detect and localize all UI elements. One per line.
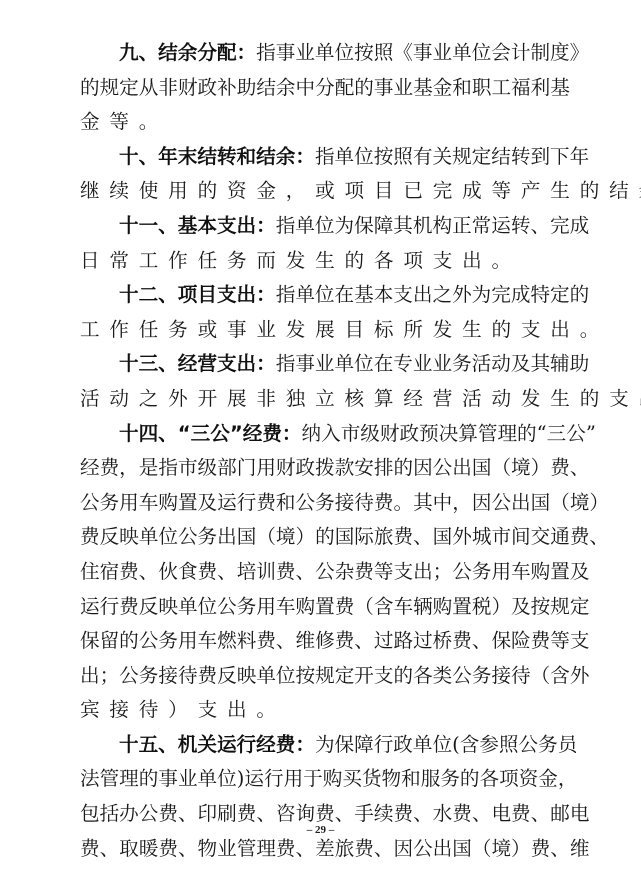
paragraph-14-line-9: 宾接待）支出。 bbox=[80, 693, 552, 728]
paragraph-10-line-1: 十、年末结转和结余：指单位按照有关规定结转到下年 bbox=[80, 140, 552, 175]
paragraph-14-line-6: 运行费反映单位公务用车购置费（含车辆购置税）及按规定 bbox=[80, 590, 552, 625]
paragraph-9-line-2: 的规定从非财政补助结余中分配的事业基金和职工福利基 bbox=[80, 71, 552, 106]
paragraph-14-line-1: 十四、“三公”经费：纳入市级财政预决算管理的“三公” bbox=[80, 417, 552, 452]
paragraph-14-line-4: 费反映单位公务出国（境）的国际旅费、国外城市间交通费、 bbox=[80, 520, 552, 555]
paragraph-14-line-7: 保留的公务用车燃料费、维修费、过路过桥费、保险费等支 bbox=[80, 624, 552, 659]
term-heading: 十二、项目支出： bbox=[119, 283, 276, 306]
paragraph-15-line-4: 费、取暖费、物业管理费、差旅费、因公出国（境）费、维 bbox=[80, 832, 552, 867]
paragraph-10-line-2: 继续使用的资金，或项目已完成等产生的结余资金。 bbox=[80, 174, 552, 209]
paragraph-14-line-8: 出；公务接待费反映单位按规定开支的各类公务接待（含外 bbox=[80, 659, 552, 694]
paragraph-14-line-2: 经费，是指市级部门用财政拨款安排的因公出国（境）费、 bbox=[80, 451, 552, 486]
paragraph-13-line-2: 活动之外开展非独立核算经营活动发生的支出。 bbox=[80, 382, 552, 417]
term-heading: 十五、机关运行经费： bbox=[119, 733, 315, 756]
term-heading: 九、结余分配： bbox=[119, 41, 256, 64]
term-heading: 十三、经营支出： bbox=[119, 352, 276, 375]
paragraph-11-line-1: 十一、基本支出：指单位为保障其机构正常运转、完成 bbox=[80, 209, 552, 244]
paragraph-13-line-1: 十三、经营支出：指事业单位在专业业务活动及其辅助 bbox=[80, 347, 552, 382]
term-heading: 十、年末结转和结余： bbox=[119, 145, 315, 168]
term-heading: 十四、“三公”经费： bbox=[119, 422, 302, 445]
paragraph-14-line-5: 住宿费、伙食费、培训费、公杂费等支出；公务用车购置及 bbox=[80, 555, 552, 590]
paragraph-9-line-1: 九、结余分配：指事业单位按照《事业单位会计制度》 bbox=[80, 36, 552, 71]
paragraph-15-line-1: 十五、机关运行经费：为保障行政单位(含参照公务员 bbox=[80, 728, 552, 763]
paragraph-9-line-3: 金等。 bbox=[80, 105, 552, 140]
paragraph-12-line-2: 工作任务或事业发展目标所发生的支出。 bbox=[80, 313, 552, 348]
paragraph-11-line-2: 日常工作任务而发生的各项支出。 bbox=[80, 244, 552, 279]
paragraph-15-line-2: 法管理的事业单位)运行用于购买货物和服务的各项资金， bbox=[80, 762, 552, 797]
paragraph-12-line-1: 十二、项目支出：指单位在基本支出之外为完成特定的 bbox=[80, 278, 552, 313]
paragraph-14-line-3: 公务用车购置及运行费和公务接待费。其中，因公出国（境） bbox=[80, 486, 552, 521]
document-page: 九、结余分配：指事业单位按照《事业单位会计制度》 的规定从非财政补助结余中分配的… bbox=[80, 36, 552, 866]
term-heading: 十一、基本支出： bbox=[119, 214, 276, 237]
page-number: – 29 – bbox=[0, 824, 641, 836]
